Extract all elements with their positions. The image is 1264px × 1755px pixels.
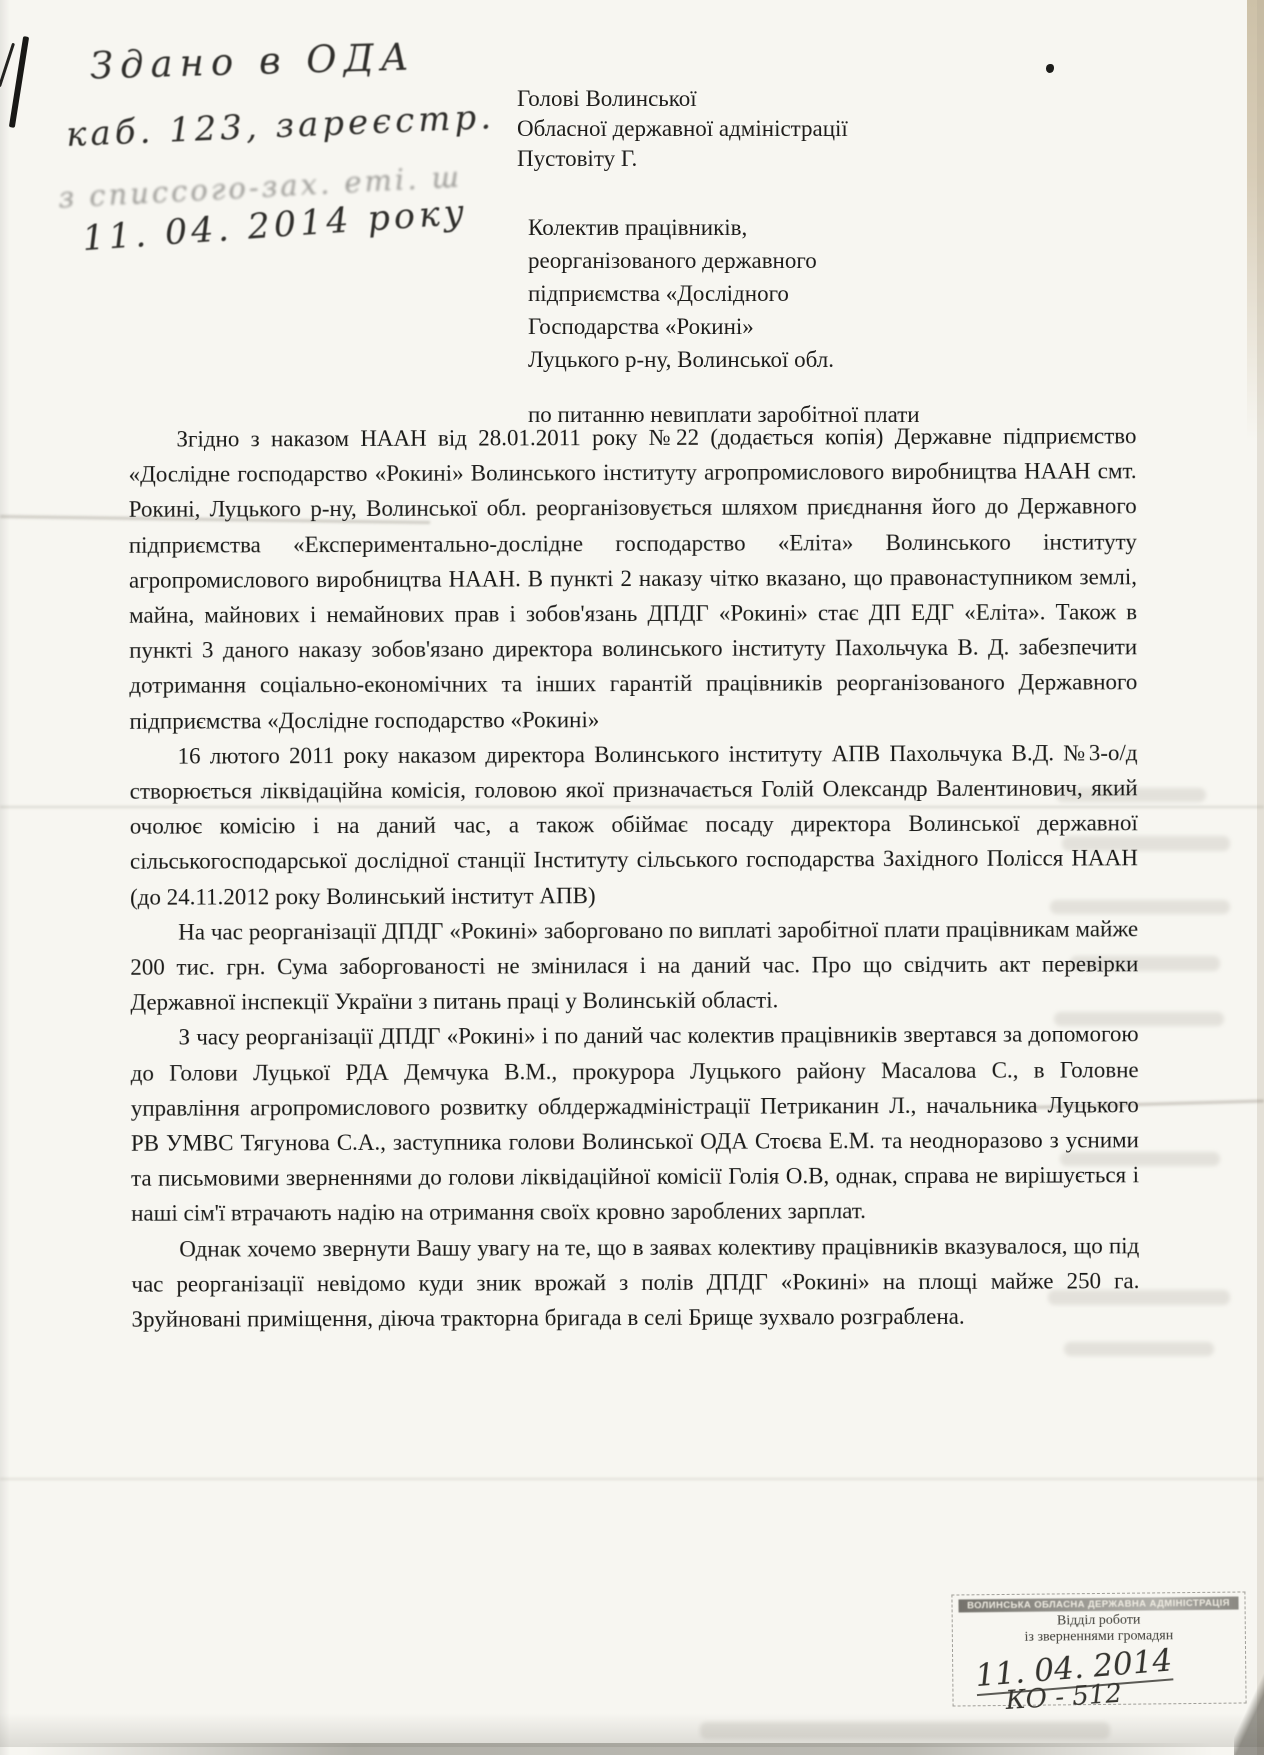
recipient-line: Пустовіту Г. (517, 144, 848, 174)
registration-stamp: ВОЛИНСЬКА ОБЛАСНА ДЕРЖАВНА АДМІНІСТРАЦІЯ… (951, 1591, 1246, 1706)
letter-body: Згідно з наказом НААН від 28.01.2011 рок… (128, 418, 1139, 1337)
ink-dot (1046, 64, 1054, 73)
handwritten-line: Здано в ОДА (89, 35, 416, 87)
bleedthrough-mark (1064, 1342, 1214, 1356)
stamp-handwritten-number: КО - 512 (1005, 1679, 1123, 1716)
scanned-letter-page: Здано в ОДА каб. 123, зареєстр. з списсо… (0, 0, 1264, 1755)
sender-line: Колектив працівників, (528, 211, 920, 244)
recipient-line: Голові Волинської (517, 84, 848, 114)
body-paragraph: Згідно з наказом НААН від 28.01.2011 рок… (128, 418, 1137, 738)
stamp-dept-line: із зверненнями громадян (959, 1628, 1239, 1647)
stamp-org-line: ВОЛИНСЬКА ОБЛАСНА ДЕРЖАВНА АДМІНІСТРАЦІЯ (958, 1597, 1238, 1613)
sender-line: реорганізованого державного (528, 244, 920, 277)
scan-edge-right (1257, 0, 1264, 1755)
handwritten-line: каб. 123, зареєстр. (65, 97, 495, 155)
sender-line: Господарства «Рокині» (528, 310, 920, 343)
recipient-line: Обласної державної адміністрації (517, 114, 848, 144)
sender-block: Колектив працівників, реорганізованого д… (528, 211, 920, 431)
paper-crease (0, 1478, 1264, 1480)
scan-edge-left (0, 0, 10, 1755)
sender-line: підприємства «Дослідного (528, 277, 920, 310)
body-paragraph: З часу реорганізації ДПДГ «Рокині» і по … (130, 1017, 1139, 1232)
body-paragraph: Однак хочемо звернути Вашу увагу на те, … (131, 1228, 1139, 1337)
body-paragraph: 16 лютого 2011 року наказом директора Во… (130, 735, 1139, 915)
recipient-block: Голові Волинської Обласної державної адм… (517, 84, 848, 174)
bleedthrough-mark (700, 1722, 1110, 1739)
sender-line: Луцького р-ну, Волинської обл. (528, 343, 920, 376)
scan-edge-bottom (0, 1743, 1264, 1755)
body-paragraph: На час реорганізації ДПДГ «Рокині» забор… (130, 911, 1138, 1020)
